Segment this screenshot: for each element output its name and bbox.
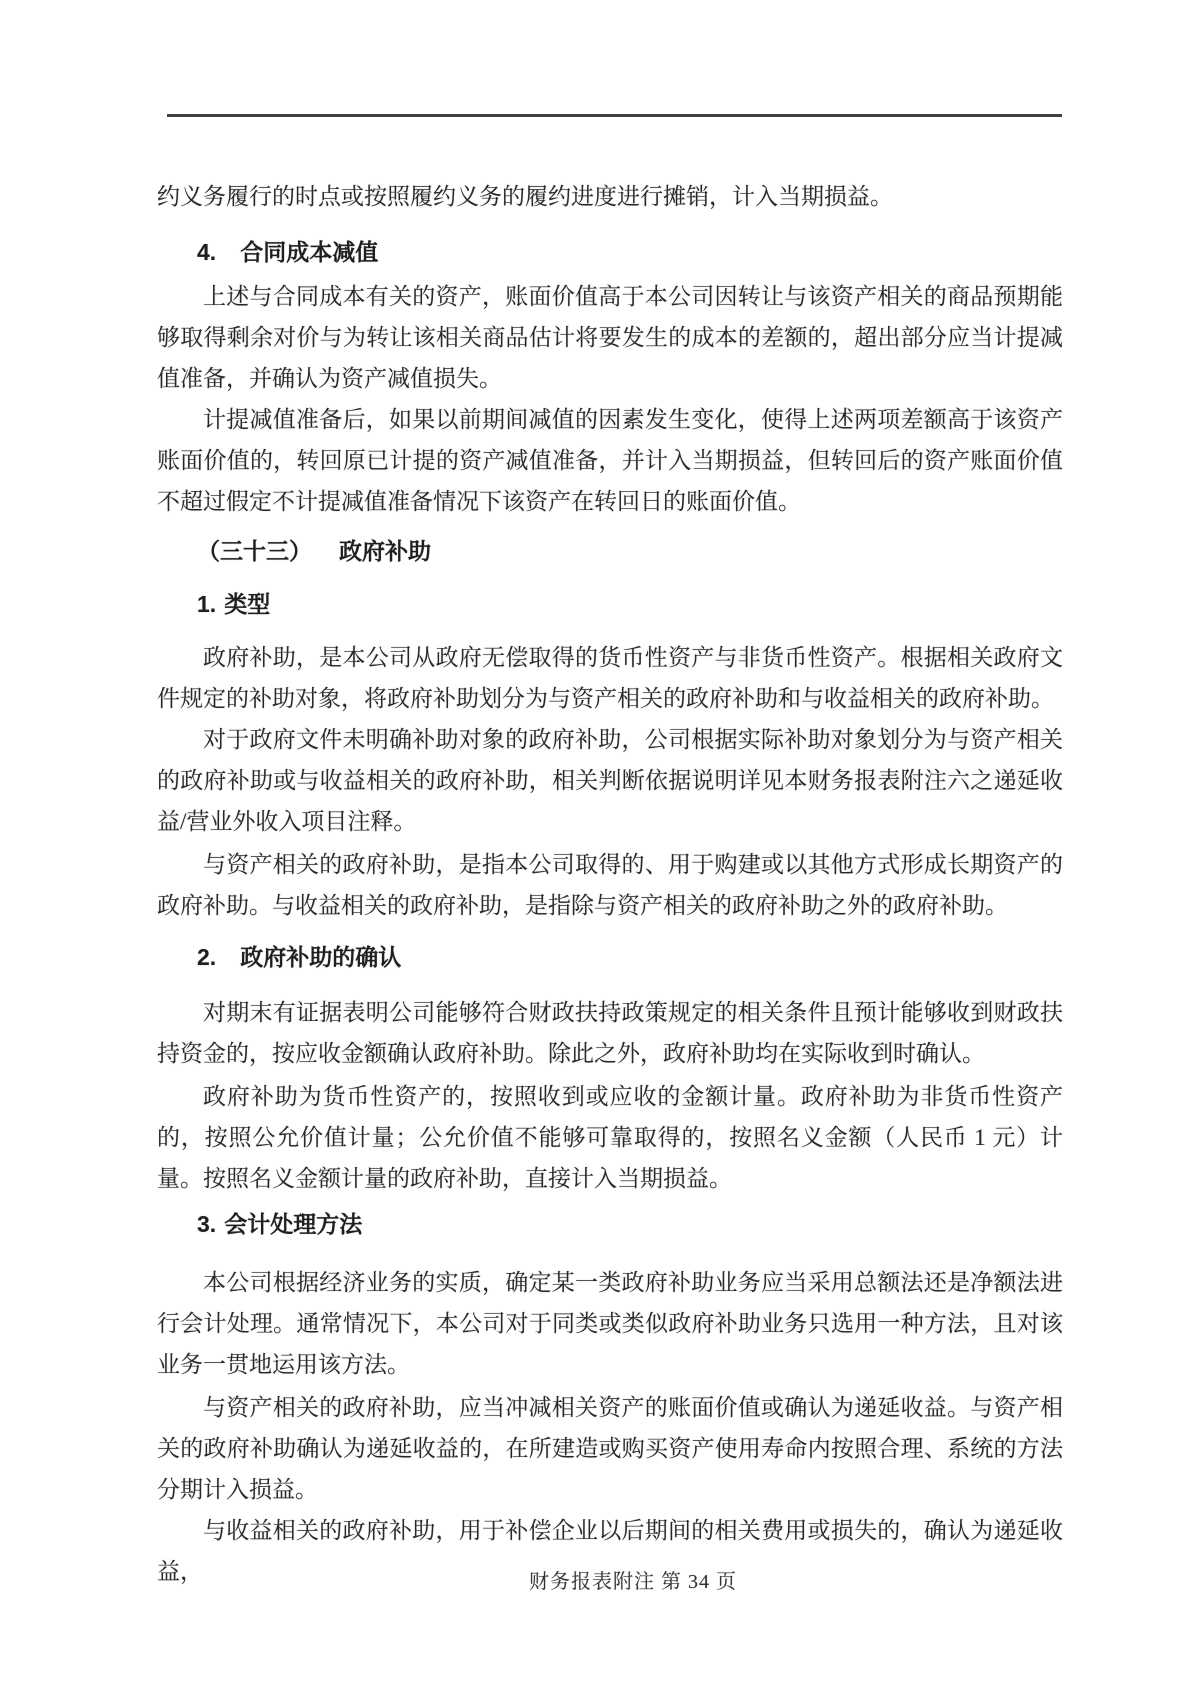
document-body: 约义务履行的时点或按照履约义务的履约进度进行摊销，计入当期损益。 4.合同成本减… bbox=[157, 176, 1063, 1592]
paragraph-recognition-1: 对期末有证据表明公司能够符合财政扶持政策规定的相关条件且预计能够收到财政扶持资金… bbox=[157, 992, 1063, 1074]
heading-title: 类型 bbox=[224, 591, 270, 617]
paragraph-impairment-1: 上述与合同成本有关的资产，账面价值高于本公司因转让与该资产相关的商品预期能够取得… bbox=[157, 276, 1063, 399]
paragraph-impairment-2: 计提减值准备后，如果以前期间减值的因素发生变化，使得上述两项差额高于该资产账面价… bbox=[157, 399, 1063, 522]
heading-accounting-method: 3.会计处理方法 bbox=[157, 1204, 1063, 1245]
heading-government-grants: （三十三）政府补助 bbox=[157, 531, 1063, 572]
paragraph-type-1: 政府补助，是本公司从政府无偿取得的货币性资产与非货币性资产。根据相关政府文件规定… bbox=[157, 637, 1063, 719]
footer-page-label: 财务报表附注 第 34 页 bbox=[529, 1571, 737, 1593]
heading-number: 1. bbox=[197, 591, 216, 617]
heading-number: （三十三） bbox=[197, 538, 312, 564]
heading-title: 政府补助的确认 bbox=[240, 944, 401, 970]
heading-contract-cost-impairment: 4.合同成本减值 bbox=[157, 232, 1063, 273]
heading-title: 会计处理方法 bbox=[224, 1211, 362, 1237]
paragraph-type-3: 与资产相关的政府补助，是指本公司取得的、用于购建或以其他方式形成长期资产的政府补… bbox=[157, 844, 1063, 926]
paragraph-type-2: 对于政府文件未明确补助对象的政府补助，公司根据实际补助对象划分为与资产相关的政府… bbox=[157, 719, 1063, 842]
document-page: 约义务履行的时点或按照履约义务的履约进度进行摊销，计入当期损益。 4.合同成本减… bbox=[0, 0, 1200, 1697]
paragraph-accounting-1: 本公司根据经济业务的实质，确定某一类政府补助业务应当采用总额法还是净额法进行会计… bbox=[157, 1262, 1063, 1385]
heading-grant-type: 1.类型 bbox=[157, 584, 1063, 625]
paragraph-accounting-2: 与资产相关的政府补助，应当冲减相关资产的账面价值或确认为递延收益。与资产相关的政… bbox=[157, 1387, 1063, 1510]
heading-title: 合同成本减值 bbox=[240, 239, 378, 265]
paragraph-recognition-2: 政府补助为货币性资产的，按照收到或应收的金额计量。政府补助为非货币性资产的，按照… bbox=[157, 1076, 1063, 1199]
heading-title: 政府补助 bbox=[339, 538, 431, 564]
header-rule-divider bbox=[167, 114, 1062, 117]
heading-number: 3. bbox=[197, 1211, 216, 1237]
heading-grant-recognition: 2.政府补助的确认 bbox=[157, 937, 1063, 978]
heading-number: 2. bbox=[197, 944, 216, 970]
page-footer: 财务报表附注 第 34 页 bbox=[157, 1562, 1063, 1603]
heading-number: 4. bbox=[197, 239, 216, 265]
paragraph-continuation: 约义务履行的时点或按照履约义务的履约进度进行摊销，计入当期损益。 bbox=[157, 176, 1063, 217]
